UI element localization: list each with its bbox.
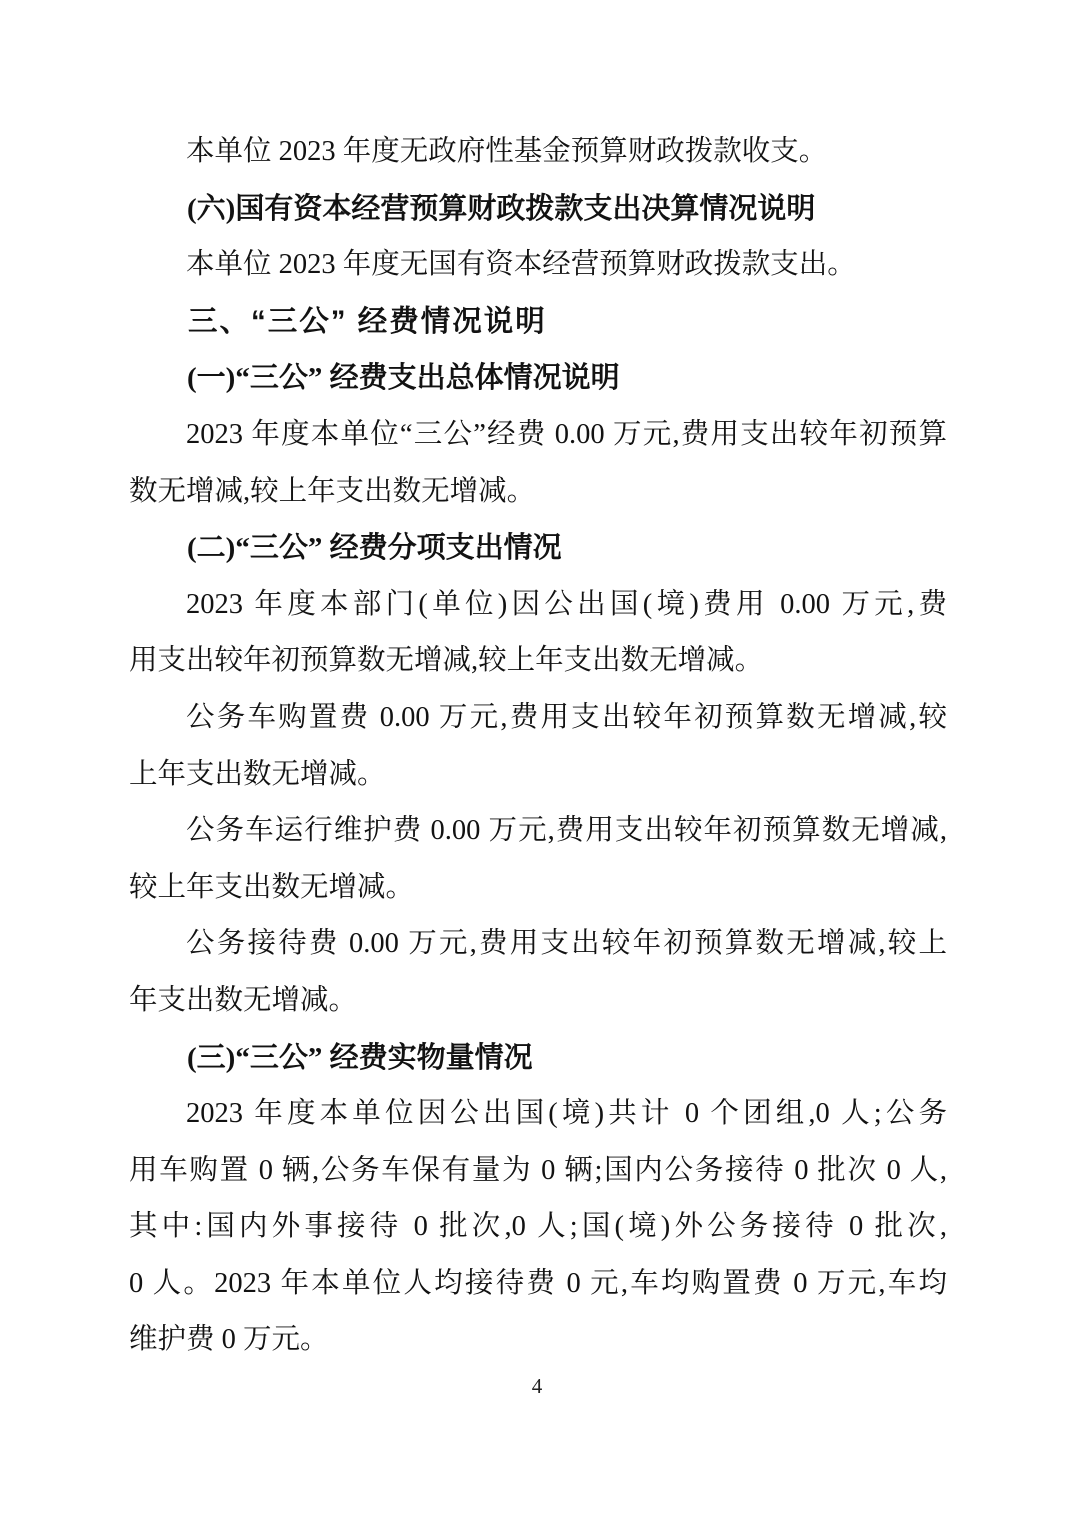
paragraph-line: 维护费 0 万元。 bbox=[129, 1312, 947, 1369]
document-page: 本单位 2023 年度无政府性基金预算财政拨款收支。 (六)国有资本经营预算财政… bbox=[0, 0, 1074, 1520]
section-heading: (一)“三公” 经费支出总体情况说明 bbox=[129, 350, 947, 407]
paragraph-line: 其中:国内外事接待 0 批次,0 人;国(境)外公务接待 0 批次, bbox=[129, 1199, 947, 1256]
paragraph-line: 2023 年度本部门(单位)因公出国(境)费用 0.00 万元,费 bbox=[129, 577, 947, 634]
paragraph-line: 本单位 2023 年度无政府性基金预算财政拨款收支。 bbox=[129, 124, 947, 181]
chapter-heading: 三、“三公” 经费情况说明 bbox=[129, 294, 947, 351]
page-number: 4 bbox=[0, 1372, 1074, 1400]
paragraph-line: 2023 年度本单位因公出国(境)共计 0 个团组,0 人;公务 bbox=[129, 1086, 947, 1143]
paragraph-line: 较上年支出数无增减。 bbox=[129, 860, 947, 917]
paragraph-line: 公务车运行维护费 0.00 万元,费用支出较年初预算数无增减, bbox=[129, 803, 947, 860]
document-body: 本单位 2023 年度无政府性基金预算财政拨款收支。 (六)国有资本经营预算财政… bbox=[129, 124, 947, 1369]
section-heading: (三)“三公” 经费实物量情况 bbox=[129, 1030, 947, 1087]
paragraph-line: 数无增减,较上年支出数无增减。 bbox=[129, 464, 947, 521]
paragraph-line: 0 人。2023 年本单位人均接待费 0 元,车均购置费 0 万元,车均 bbox=[129, 1256, 947, 1313]
paragraph-line: 公务接待费 0.00 万元,费用支出较年初预算数无增减,较上 bbox=[129, 916, 947, 973]
paragraph-line: 2023 年度本单位“三公”经费 0.00 万元,费用支出较年初预算 bbox=[129, 407, 947, 464]
paragraph-line: 用车购置 0 辆,公务车保有量为 0 辆;国内公务接待 0 批次 0 人, bbox=[129, 1143, 947, 1200]
paragraph-line: 本单位 2023 年度无国有资本经营预算财政拨款支出。 bbox=[129, 237, 947, 294]
paragraph-line: 年支出数无增减。 bbox=[129, 973, 947, 1030]
section-heading: (二)“三公” 经费分项支出情况 bbox=[129, 520, 947, 577]
paragraph-line: 用支出较年初预算数无增减,较上年支出数无增减。 bbox=[129, 633, 947, 690]
section-heading: (六)国有资本经营预算财政拨款支出决算情况说明 bbox=[129, 181, 947, 238]
paragraph-line: 上年支出数无增减。 bbox=[129, 747, 947, 804]
paragraph-line: 公务车购置费 0.00 万元,费用支出较年初预算数无增减,较 bbox=[129, 690, 947, 747]
